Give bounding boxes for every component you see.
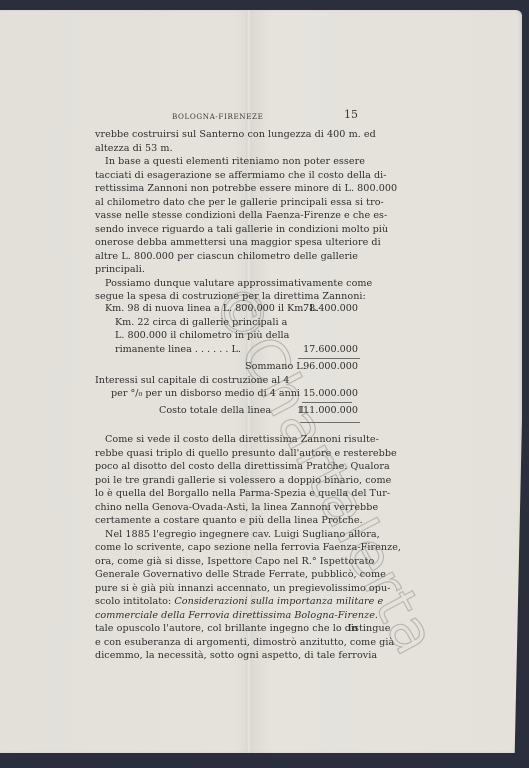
text-line: scolo intitolato: Considerazioni sulla i… (95, 595, 358, 608)
text-line: al chilometro dato che per le gallerie p… (95, 196, 358, 209)
text-line: tale opuscolo l'autore, col brillante in… (95, 622, 358, 635)
cost-row-value: 17.600.000 (303, 344, 358, 355)
text-line: Possiamo dunque valutare approssimativam… (105, 277, 358, 290)
cost-row-label: Costo totale della linea (159, 405, 271, 416)
text-line: poi le tre grandi gallerie si volessero … (95, 474, 358, 487)
text-line: vasse nelle stesse condizioni della Faen… (95, 209, 358, 222)
text-line: altre L. 800.000 per ciascun chilometro … (95, 250, 358, 263)
cost-row-value: 78.400.000 (303, 303, 358, 314)
text-line: altezza di 53 m. (95, 142, 358, 155)
total-rule (300, 422, 360, 423)
publication-title-italic: Considerazioni sulla importanza militare… (174, 596, 383, 607)
text-line: rettissima Zannoni non potrebbe essere m… (95, 182, 358, 195)
text-line: come lo scrivente, capo sezione nella fe… (95, 541, 358, 554)
cost-row-label: Interessi sul capitale di costruzione al… (95, 375, 289, 386)
text-run: scolo intitolato: (95, 596, 174, 607)
text-line: Generale Governativo delle Strade Ferrat… (95, 568, 358, 581)
running-title: BOLOGNA-FIRENEZE (172, 112, 263, 121)
text-line: vrebbe costruirsi sul Santerno con lunge… (95, 128, 358, 141)
text-line: dicemmo, la necessità, sotto ogni aspett… (95, 649, 358, 662)
text-line: ora, come già si disse, Ispettore Capo n… (95, 555, 358, 568)
text-line: sendo invece riguardo a tali gallerie in… (95, 223, 358, 236)
page-header: BOLOGNA-FIRENEZE 15 (95, 108, 358, 122)
text-line: Nel 1885 l'egregio ingegnere cav. Luigi … (105, 528, 358, 541)
sum-rule (302, 402, 352, 403)
text-line: chino nella Genova-Ovada-Asti, la linea … (95, 501, 358, 514)
cost-row-label: Km. 98 di nuova linea a L. 800.000 il Km… (105, 303, 319, 314)
cost-row-label: Sommano L. (245, 361, 306, 372)
cost-row-value: 111.000.000 (297, 405, 358, 416)
text-line: rebbe quasi triplo di quello presunto da… (95, 447, 358, 460)
text-line: lo è quella del Borgallo nella Parma-Spe… (95, 487, 358, 500)
text-line: principali. (95, 263, 358, 276)
text-line: commerciale della Ferrovia direttissima … (95, 609, 358, 622)
text-line: segue la spesa di costruzione per la dir… (95, 290, 358, 303)
text-line: e con esuberanza di argomenti, dimostrò … (95, 636, 358, 649)
text-line: In base a questi elementi riteniamo non … (105, 155, 358, 168)
text-line: poco al disotto del costo della direttis… (95, 460, 358, 473)
cost-row-label: Km. 22 circa di gallerie principali a (115, 317, 287, 328)
text-line: onerose debba ammettersi una maggior spe… (95, 236, 358, 249)
scanned-page: BOLOGNA-FIRENEZE 15 vrebbe costruirsi su… (0, 10, 522, 753)
cost-row-label: rimanente linea . . . . . . L. (115, 344, 241, 355)
text-line: Come si vede il costo della direttissima… (105, 433, 358, 446)
cost-row-label: L. 800.000 il chilometro in più della (115, 330, 289, 341)
text-line: certamente a costare quanto e più della … (95, 514, 358, 527)
text-line: tacciati di esagerazione se affermiamo c… (95, 169, 358, 182)
cost-row-value: 96.000.000 (303, 361, 358, 372)
page-number: 15 (344, 108, 358, 121)
publication-title-italic: commerciale della Ferrovia direttissima … (95, 610, 378, 621)
cost-row-label: per °/₀ per un disborso medio di 4 anni (111, 388, 300, 399)
text-line: pure si è già più innanzi accennato, un … (95, 582, 358, 595)
sum-rule (298, 358, 360, 359)
cost-row-value: 15.000.000 (303, 388, 358, 399)
